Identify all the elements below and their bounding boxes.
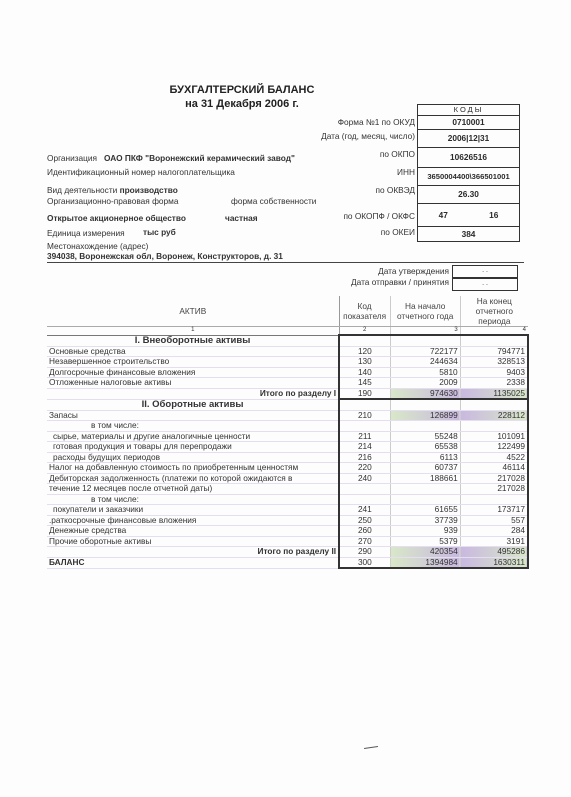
row-label: Незавершенное строительство [47, 357, 339, 368]
row-code: 145 [339, 378, 390, 389]
row-start-value: 722177 [390, 346, 460, 357]
row-start-value: 244634 [390, 357, 460, 368]
codes-box: КОДЫ 0710001 2006|12|31 10626516 3650004… [417, 104, 520, 242]
row-code: 190 [339, 388, 390, 399]
table-row: сырье, материалы и другие аналогичные це… [47, 431, 528, 442]
table-row: Основные средства120722177794771 [47, 346, 528, 357]
row-start-value: 5379 [390, 536, 460, 547]
row-label: в том числе: [47, 494, 339, 505]
row-end-value: 284 [460, 526, 528, 537]
row-start-value: 420354 [390, 547, 460, 558]
sent-date-label: Дата отправки / принятия [351, 277, 449, 287]
section-1-total-row: Итого по разделу I1909746301135025 [47, 388, 528, 399]
pen-mark [364, 746, 378, 749]
blank [460, 399, 528, 410]
activity-line: Вид деятельности производство [47, 185, 178, 195]
row-start-value: 37739 [390, 515, 460, 526]
table-row: покупатели и заказчики24161655173717 [47, 505, 528, 516]
row-end-value: 495286 [460, 547, 528, 558]
row-start-value: 55248 [390, 431, 460, 442]
column-numbers-row: 1234 [47, 327, 528, 336]
row-end-value: 122499 [460, 442, 528, 453]
sent-date-field: . . [452, 278, 518, 291]
row-end-value: 228112 [460, 410, 528, 421]
date-value: 2006|12|31 [418, 130, 519, 148]
row-label: БАЛАНС [47, 557, 339, 568]
blank [390, 335, 460, 346]
row-code: 140 [339, 367, 390, 378]
row-label: Долгосрочные финансовые вложения [47, 367, 339, 378]
okopf-okfs-label: по ОКОПФ / ОКФС [343, 211, 415, 221]
address-underline [47, 262, 524, 263]
row-start-value [390, 484, 460, 495]
row-end-value: 2338 [460, 378, 528, 389]
row-end-value: 328513 [460, 357, 528, 368]
row-code: 216 [339, 452, 390, 463]
header-end: На конец отчетного периода [460, 296, 528, 327]
inn-description: Идентификационный номер налогоплательщик… [47, 167, 235, 177]
ownership-value: частная [225, 213, 258, 223]
row-code: 240 [339, 473, 390, 484]
row-start-value: 5810 [390, 367, 460, 378]
row-end-value: 101091 [460, 431, 528, 442]
header-asset: АКТИВ [47, 296, 339, 327]
row-code: 120 [339, 346, 390, 357]
row-start-value: 126899 [390, 410, 460, 421]
inn-label: ИНН [397, 167, 415, 177]
address-value: 394038, Воронежская обл, Воронеж, Констр… [47, 251, 283, 261]
column-number: 3 [390, 327, 460, 336]
row-label: Прочие оборотные активы [47, 536, 339, 547]
blank [339, 399, 390, 410]
row-start-value: 60737 [390, 463, 460, 474]
table-row: Запасы210126899228112 [47, 410, 528, 421]
table-row: .раткосрочные финансовые вложения2503773… [47, 515, 528, 526]
okud-label: Форма №1 по ОКУД [338, 117, 415, 127]
codes-header: КОДЫ [418, 105, 519, 116]
table-row: Прочие оборотные активы27053793191 [47, 536, 528, 547]
row-label: течение 12 месяцев после отчетной даты) [47, 484, 339, 495]
document-title: БУХГАЛТЕРСКИЙ БАЛАНС на 31 Декабря 2006 … [157, 83, 327, 111]
table-row: Налог на добавленную стоимость по приобр… [47, 463, 528, 474]
row-code [339, 421, 390, 432]
row-code: 210 [339, 410, 390, 421]
row-label: Отложенные налоговые активы [47, 378, 339, 389]
table-row: Отложенные налоговые активы14520092338 [47, 378, 528, 389]
row-end-value: 9403 [460, 367, 528, 378]
row-end-value: 217028 [460, 473, 528, 484]
balance-table: АКТИВКод показателяНа начало отчетного г… [47, 296, 529, 569]
activity-label: Вид деятельности [47, 185, 117, 195]
balance-total-row: БАЛАНС30013949841630311 [47, 557, 528, 568]
row-start-value: 1394984 [390, 557, 460, 568]
row-start-value: 2009 [390, 378, 460, 389]
okved-label: по ОКВЭД [375, 185, 415, 195]
section-title: II. Оборотные активы [47, 399, 339, 410]
organization-line: Организация ОАО ПКФ "Воронежский керамич… [47, 153, 295, 163]
legal-form-label: Организационно-правовая форма [47, 196, 178, 206]
row-end-value: 217028 [460, 484, 528, 495]
row-code: 300 [339, 557, 390, 568]
organization-name: ОАО ПКФ "Воронежский керамический завод" [104, 153, 295, 163]
row-end-value: 3191 [460, 536, 528, 547]
document-page: БУХГАЛТЕРСКИЙ БАЛАНС на 31 Декабря 2006 … [0, 0, 571, 797]
section-2-header: II. Оборотные активы [47, 399, 528, 410]
okei-label: по ОКЕИ [381, 227, 415, 237]
row-code: 260 [339, 526, 390, 537]
row-end-value: 794771 [460, 346, 528, 357]
table-row: расходы будущих периодов21661134522 [47, 452, 528, 463]
okei-value: 384 [418, 227, 519, 241]
row-label: сырье, материалы и другие аналогичные це… [47, 431, 339, 442]
row-code [339, 484, 390, 495]
blank [339, 335, 390, 346]
table-row: готовая продукция и товары для перепрода… [47, 442, 528, 453]
row-label: Итого по разделу II [47, 547, 339, 558]
row-start-value: 6113 [390, 452, 460, 463]
organization-label: Организация [47, 153, 97, 163]
row-end-value: 557 [460, 515, 528, 526]
row-code: 270 [339, 536, 390, 547]
row-label: Налог на добавленную стоимость по приобр… [47, 463, 339, 474]
row-code: 250 [339, 515, 390, 526]
row-label: покупатели и заказчики [47, 505, 339, 516]
okud-value: 0710001 [418, 116, 519, 130]
row-code: 211 [339, 431, 390, 442]
row-end-value: 1135025 [460, 388, 528, 399]
row-code: 220 [339, 463, 390, 474]
approval-date-label: Дата утверждения [378, 266, 449, 276]
ownership-label: форма собственности [231, 196, 316, 206]
okfs-value: 16 [489, 204, 498, 226]
okopf-value: 47 [439, 204, 448, 226]
okved-value: 26.30 [418, 186, 519, 204]
row-code: 241 [339, 505, 390, 516]
okpo-value: 10626516 [418, 148, 519, 168]
unit-value: тыс руб [143, 227, 176, 237]
row-start-value: 61655 [390, 505, 460, 516]
column-number: 1 [47, 327, 339, 336]
table-row: течение 12 месяцев после отчетной даты)2… [47, 484, 528, 495]
table-row: Дебиторская задолженность (платежи по ко… [47, 473, 528, 484]
okpo-label: по ОКПО [380, 149, 415, 159]
row-code: 214 [339, 442, 390, 453]
row-end-value: 46114 [460, 463, 528, 474]
row-label: Основные средства [47, 346, 339, 357]
row-end-value [460, 494, 528, 505]
okopf-okfs-values: 47 16 [418, 204, 519, 227]
column-number: 2 [339, 327, 390, 336]
table-row: Долгосрочные финансовые вложения14058109… [47, 367, 528, 378]
column-number: 4 [460, 327, 528, 336]
row-start-value: 65538 [390, 442, 460, 453]
row-code [339, 494, 390, 505]
unit-label: Единица измерения [47, 228, 125, 238]
address-label: Местонахождение (адрес) [47, 241, 148, 251]
table-row: Незавершенное строительство1302446343285… [47, 357, 528, 368]
table-row: Денежные средства260939284 [47, 526, 528, 537]
blank [390, 399, 460, 410]
section-2-total-row: Итого по разделу II290420354495286 [47, 547, 528, 558]
row-end-value: 1630311 [460, 557, 528, 568]
approval-date-field: . . [452, 265, 518, 278]
blank [460, 335, 528, 346]
row-label: готовая продукция и товары для перепрода… [47, 442, 339, 453]
date-label: Дата (год, месяц, число) [321, 131, 415, 141]
section-title: I. Внеоборотные активы [47, 335, 339, 346]
row-start-value [390, 421, 460, 432]
row-label: расходы будущих периодов [47, 452, 339, 463]
row-label: Запасы [47, 410, 339, 421]
row-start-value: 939 [390, 526, 460, 537]
row-end-value: 4522 [460, 452, 528, 463]
row-end-value [460, 421, 528, 432]
table-header-row: АКТИВКод показателяНа начало отчетного г… [47, 296, 528, 327]
row-code: 130 [339, 357, 390, 368]
row-label: Денежные средства [47, 526, 339, 537]
header-code: Код показателя [339, 296, 390, 327]
row-start-value: 188661 [390, 473, 460, 484]
row-start-value: 974630 [390, 388, 460, 399]
table-row: в том числе: [47, 421, 528, 432]
inn-value: 3650004400\366501001 [418, 168, 519, 186]
row-label: .раткосрочные финансовые вложения [47, 515, 339, 526]
title-line-2: на 31 Декабря 2006 г. [157, 97, 327, 111]
row-label: в том числе: [47, 421, 339, 432]
header-start: На начало отчетного года [390, 296, 460, 327]
row-end-value: 173717 [460, 505, 528, 516]
section-1-header: I. Внеоборотные активы [47, 335, 528, 346]
row-label: Итого по разделу I [47, 388, 339, 399]
title-line-1: БУХГАЛТЕРСКИЙ БАЛАНС [157, 83, 327, 97]
legal-form-value: Открытое акционерное общество [47, 213, 186, 223]
row-code: 290 [339, 547, 390, 558]
row-label: Дебиторская задолженность (платежи по ко… [47, 473, 339, 484]
table-row: в том числе: [47, 494, 528, 505]
row-start-value [390, 494, 460, 505]
activity-value: производство [120, 185, 178, 195]
